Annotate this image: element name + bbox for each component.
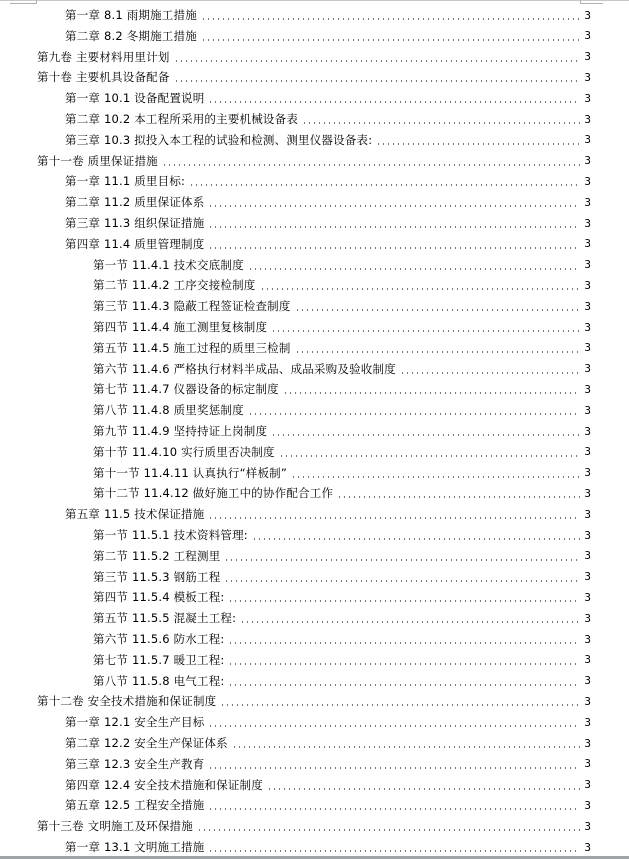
dot-leader bbox=[189, 184, 580, 186]
toc-page-number: 3 bbox=[584, 757, 591, 770]
toc-page-number: 3 bbox=[584, 9, 591, 22]
toc-entry[interactable]: 第一章 11.1 质里目标:3 bbox=[65, 171, 591, 191]
page-top-border bbox=[0, 0, 629, 1]
dot-leader bbox=[248, 268, 581, 270]
dot-leader bbox=[228, 663, 580, 665]
toc-entry[interactable]: 第八节 11.5.8 电气工程:3 bbox=[93, 671, 591, 691]
toc-entry-title: 第九节 11.4.9 坚持持证上岗制度 bbox=[93, 423, 267, 439]
toc-entry-title: 第六节 11.4.6 严格执行材料半成品、成品采购及验收制度 bbox=[93, 361, 396, 377]
dot-leader bbox=[197, 829, 580, 831]
toc-page-number: 3 bbox=[584, 612, 591, 625]
toc-entry-title: 第二章 11.2 质里保证体系 bbox=[65, 194, 204, 210]
toc-entry[interactable]: 第一节 11.4.1 技术交底制度3 bbox=[93, 255, 591, 275]
toc-entry[interactable]: 第九卷 主要材料用里计划3 bbox=[37, 47, 591, 67]
toc-page-number: 3 bbox=[584, 778, 591, 791]
toc-page-number: 3 bbox=[584, 175, 591, 188]
toc-entry-title: 第五节 11.4.5 施工过程的质里三检制 bbox=[93, 340, 291, 356]
dot-leader bbox=[174, 80, 581, 82]
toc-entry-title: 第三章 12.3 安全生产教育 bbox=[65, 756, 204, 772]
dot-leader bbox=[295, 351, 581, 353]
toc-entry[interactable]: 第十节 11.4.10 实行质里否决制度3 bbox=[93, 442, 591, 462]
toc-entry-title: 第十卷 主要机具设备配备 bbox=[37, 69, 170, 85]
toc-entry-title: 第一节 11.5.1 技术资料管理: bbox=[93, 527, 248, 543]
toc-page-number: 3 bbox=[584, 508, 591, 521]
toc-entry-title: 第十三卷 文明施工及环保措施 bbox=[37, 818, 193, 834]
toc-entry-title: 第七节 11.5.7 暖卫工程: bbox=[93, 652, 224, 668]
toc-entry[interactable]: 第一章 13.1 文明施工措施3 bbox=[65, 837, 591, 857]
dot-leader bbox=[224, 580, 580, 582]
dot-leader bbox=[208, 725, 580, 727]
dot-leader bbox=[208, 517, 580, 519]
toc-page-number: 3 bbox=[584, 341, 591, 354]
toc-entry[interactable]: 第九节 11.4.9 坚持持证上岗制度3 bbox=[93, 421, 591, 441]
toc-entry[interactable]: 第三节 11.4.3 隐蔽工程签证检查制度3 bbox=[93, 296, 591, 316]
toc-entry[interactable]: 第十三卷 文明施工及环保措施3 bbox=[37, 816, 591, 836]
toc-entry-title: 第七节 11.4.7 仪器设备的标定制度 bbox=[93, 381, 279, 397]
margin-corner-mark-left bbox=[10, 0, 37, 4]
toc-page-number: 3 bbox=[584, 113, 591, 126]
toc-page-number: 3 bbox=[584, 217, 591, 230]
toc-entry[interactable]: 第二章 8.2 冬期施工措施3 bbox=[65, 26, 591, 46]
toc-entry[interactable]: 第五节 11.4.5 施工过程的质里三检制3 bbox=[93, 338, 591, 358]
toc-page-number: 3 bbox=[584, 466, 591, 479]
toc-entry[interactable]: 第一章 8.1 雨期施工措施3 bbox=[65, 5, 591, 25]
toc-page-number: 3 bbox=[584, 300, 591, 313]
toc-page-number: 3 bbox=[584, 133, 591, 146]
dot-leader bbox=[240, 621, 580, 623]
toc-entry[interactable]: 第一章 10.1 设备配置说明3 bbox=[65, 88, 591, 108]
toc-entry-title: 第十二节 11.4.12 做好施工中的协作配合工作 bbox=[93, 485, 333, 501]
toc-page-number: 3 bbox=[584, 549, 591, 562]
toc-entry[interactable]: 第三章 10.3 拟投入本工程的试验和检测、测里仪器设备表:3 bbox=[65, 130, 591, 150]
dot-leader bbox=[208, 808, 580, 810]
toc-page-number: 3 bbox=[584, 154, 591, 167]
dot-leader bbox=[228, 600, 580, 602]
dot-leader bbox=[252, 538, 581, 540]
toc-entry-title: 第九卷 主要材料用里计划 bbox=[37, 49, 170, 65]
toc-entry-title: 第八节 11.4.8 质里奖惩制度 bbox=[93, 402, 244, 418]
toc-entry-title: 第五节 11.5.5 混凝土工程: bbox=[93, 610, 236, 626]
toc-entry[interactable]: 第十二卷 安全技术措施和保证制度3 bbox=[37, 691, 591, 711]
dot-leader bbox=[201, 39, 580, 41]
dot-leader bbox=[220, 704, 580, 706]
toc-entry-title: 第五章 12.5 工程安全措施 bbox=[65, 797, 204, 813]
dot-leader bbox=[279, 455, 581, 457]
toc-entry-title: 第三章 11.3 组织保证措施 bbox=[65, 215, 204, 231]
toc-page-number: 3 bbox=[584, 71, 591, 84]
dot-leader bbox=[248, 413, 581, 415]
toc-entry-title: 第五章 11.5 技术保证措施 bbox=[65, 506, 204, 522]
toc-page-number: 3 bbox=[584, 737, 591, 750]
toc-entry-title: 第三节 11.4.3 隐蔽工程签证检查制度 bbox=[93, 298, 291, 314]
dot-leader bbox=[162, 164, 581, 166]
dot-leader bbox=[228, 642, 580, 644]
toc-entry[interactable]: 第十卷 主要机具设备配备3 bbox=[37, 67, 591, 87]
dot-leader bbox=[283, 392, 580, 394]
toc-entry[interactable]: 第六节 11.4.6 严格执行材料半成品、成品采购及验收制度3 bbox=[93, 359, 591, 379]
toc-entry[interactable]: 第三节 11.5.3 钢筋工程3 bbox=[93, 567, 591, 587]
dot-leader bbox=[260, 288, 581, 290]
toc-entry[interactable]: 第二节 11.5.2 工程测里3 bbox=[93, 546, 591, 566]
toc-page-number: 3 bbox=[584, 799, 591, 812]
toc-entry-title: 第二章 12.2 安全生产保证体系 bbox=[65, 735, 228, 751]
toc-entry[interactable]: 第二章 11.2 质里保证体系3 bbox=[65, 192, 591, 212]
toc-entry-title: 第十二卷 安全技术措施和保证制度 bbox=[37, 693, 216, 709]
toc-entry-title: 第二章 10.2 本工程所采用的主要机械设备表 bbox=[65, 111, 298, 127]
toc-entry-title: 第三章 10.3 拟投入本工程的试验和检测、测里仪器设备表: bbox=[65, 132, 372, 148]
toc-page-number: 3 bbox=[584, 92, 591, 105]
toc-page-number: 3 bbox=[584, 445, 591, 458]
dot-leader bbox=[208, 850, 580, 852]
toc-page-number: 3 bbox=[584, 820, 591, 833]
toc-entry-title: 第四章 11.4 质里管理制度 bbox=[65, 236, 204, 252]
toc-page-number: 3 bbox=[584, 321, 591, 334]
toc-page-number: 3 bbox=[584, 674, 591, 687]
toc-entry[interactable]: 第二章 12.2 安全生产保证体系3 bbox=[65, 733, 591, 753]
toc-entry[interactable]: 第三章 12.3 安全生产教育3 bbox=[65, 754, 591, 774]
toc-entry[interactable]: 第六节 11.5.6 防水工程:3 bbox=[93, 629, 591, 649]
toc-entry-title: 第三节 11.5.3 钢筋工程 bbox=[93, 569, 220, 585]
toc-entry-title: 第十一卷 质里保证措施 bbox=[37, 153, 158, 169]
toc-page-number: 3 bbox=[584, 258, 591, 271]
toc-page-number: 3 bbox=[584, 50, 591, 63]
dot-leader bbox=[232, 746, 581, 748]
toc-entry[interactable]: 第七节 11.4.7 仪器设备的标定制度3 bbox=[93, 379, 591, 399]
dot-leader bbox=[302, 122, 580, 124]
toc-page-number: 3 bbox=[584, 362, 591, 375]
dot-leader bbox=[295, 309, 581, 311]
toc-page-number: 3 bbox=[584, 487, 591, 500]
dot-leader bbox=[208, 247, 580, 249]
toc-entry[interactable]: 第十二节 11.4.12 做好施工中的协作配合工作3 bbox=[93, 483, 591, 503]
toc-entry-title: 第二章 8.2 冬期施工措施 bbox=[65, 28, 197, 44]
toc-entry[interactable]: 第十一节 11.4.11 认真执行“样板制”3 bbox=[93, 463, 591, 483]
toc-entry[interactable]: 第七节 11.5.7 暖卫工程:3 bbox=[93, 650, 591, 670]
toc-entry-title: 第十一节 11.4.11 认真执行“样板制” bbox=[93, 465, 287, 481]
toc-entry[interactable]: 第二节 11.4.2 工序交接检制度3 bbox=[93, 275, 591, 295]
margin-corner-mark-right bbox=[580, 0, 603, 4]
dot-leader bbox=[267, 788, 580, 790]
toc-entry-title: 第二节 11.4.2 工序交接检制度 bbox=[93, 277, 256, 293]
dot-leader bbox=[208, 205, 580, 207]
toc-entry[interactable]: 第五章 12.5 工程安全措施3 bbox=[65, 795, 591, 815]
toc-page-number: 3 bbox=[584, 383, 591, 396]
toc-entry-title: 第一章 10.1 设备配置说明 bbox=[65, 90, 204, 106]
dot-leader bbox=[224, 559, 580, 561]
toc-page-number: 3 bbox=[584, 279, 591, 292]
dot-leader bbox=[291, 476, 580, 478]
dot-leader bbox=[400, 372, 580, 374]
toc-entry[interactable]: 第四节 11.4.4 施工测里复核制度3 bbox=[93, 317, 591, 337]
toc-page-number: 3 bbox=[584, 591, 591, 604]
toc-page-number: 3 bbox=[584, 716, 591, 729]
toc-entry[interactable]: 第五节 11.5.5 混凝土工程:3 bbox=[93, 608, 591, 628]
toc-entry[interactable]: 第十一卷 质里保证措施3 bbox=[37, 151, 591, 171]
toc-entry[interactable]: 第四章 11.4 质里管理制度3 bbox=[65, 234, 591, 254]
toc-entry-title: 第四节 11.5.4 模板工程: bbox=[93, 589, 224, 605]
dot-leader bbox=[228, 684, 580, 686]
toc-page-number: 3 bbox=[584, 29, 591, 42]
toc-entry[interactable]: 第二章 10.2 本工程所采用的主要机械设备表3 bbox=[65, 109, 591, 129]
toc-page-number: 3 bbox=[584, 529, 591, 542]
dot-leader bbox=[208, 101, 580, 103]
toc-page-number: 3 bbox=[584, 237, 591, 250]
toc-page-number: 3 bbox=[584, 695, 591, 708]
dot-leader bbox=[271, 434, 580, 436]
dot-leader bbox=[376, 143, 580, 145]
dot-leader bbox=[337, 496, 580, 498]
dot-leader bbox=[208, 767, 580, 769]
toc-entry[interactable]: 第三章 11.3 组织保证措施3 bbox=[65, 213, 591, 233]
toc-page-number: 3 bbox=[584, 425, 591, 438]
toc-entry-title: 第一章 12.1 安全生产目标 bbox=[65, 714, 204, 730]
toc-entry-title: 第十节 11.4.10 实行质里否决制度 bbox=[93, 444, 275, 460]
toc-entry[interactable]: 第八节 11.4.8 质里奖惩制度3 bbox=[93, 400, 591, 420]
dot-leader bbox=[174, 60, 581, 62]
toc-page-number: 3 bbox=[584, 653, 591, 666]
toc-entry-title: 第一章 8.1 雨期施工措施 bbox=[65, 7, 197, 23]
toc-entry[interactable]: 第一节 11.5.1 技术资料管理:3 bbox=[93, 525, 591, 545]
toc-page-number: 3 bbox=[584, 841, 591, 854]
toc-page-number: 3 bbox=[584, 570, 591, 583]
toc-entry[interactable]: 第一章 12.1 安全生产目标3 bbox=[65, 712, 591, 732]
toc-page-number: 3 bbox=[584, 196, 591, 209]
toc-entry[interactable]: 第五章 11.5 技术保证措施3 bbox=[65, 504, 591, 524]
toc-entry-title: 第四章 12.4 安全技术措施和保证制度 bbox=[65, 777, 263, 793]
toc-entry-title: 第一章 13.1 文明施工措施 bbox=[65, 839, 204, 855]
dot-leader bbox=[208, 226, 580, 228]
toc-entry[interactable]: 第四章 12.4 安全技术措施和保证制度3 bbox=[65, 775, 591, 795]
dot-leader bbox=[271, 330, 580, 332]
toc-page-number: 3 bbox=[584, 404, 591, 417]
toc-entry-title: 第二节 11.5.2 工程测里 bbox=[93, 548, 220, 564]
toc-entry-title: 第四节 11.4.4 施工测里复核制度 bbox=[93, 319, 267, 335]
toc-entry-title: 第六节 11.5.6 防水工程: bbox=[93, 631, 224, 647]
toc-entry[interactable]: 第四节 11.5.4 模板工程:3 bbox=[93, 587, 591, 607]
toc-entry-title: 第八节 11.5.8 电气工程: bbox=[93, 673, 224, 689]
toc-entry-title: 第一节 11.4.1 技术交底制度 bbox=[93, 257, 244, 273]
dot-leader bbox=[201, 18, 580, 20]
toc-entry-title: 第一章 11.1 质里目标: bbox=[65, 173, 185, 189]
toc-page-number: 3 bbox=[584, 633, 591, 646]
